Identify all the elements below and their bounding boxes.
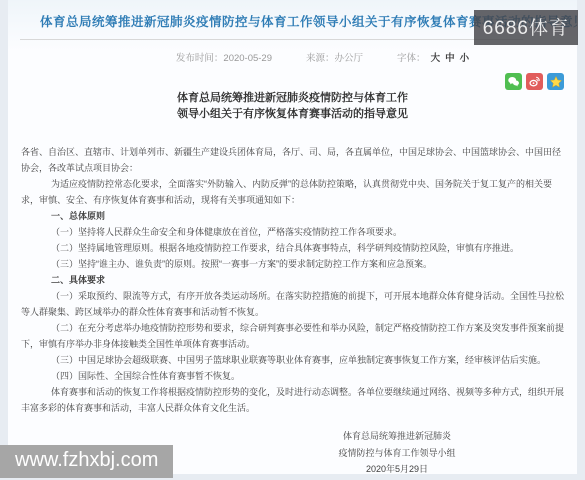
article-meta: 发布时间：2020-05-29 来源：办公厅 字体：大中小 [38, 50, 577, 64]
article-page: 体育总局统筹推进新冠肺炎疫情防控与体育工作领导小组关于有序恢复体育赛事活动的指导… [8, 0, 577, 474]
publish-date: 发布时间：2020-05-29 [176, 50, 272, 64]
font-size-option-小[interactable]: 小 [460, 53, 470, 64]
body-paragraph: （一）采取预约、限流等方式，有序开放各类运动场所。在落实防控措施的前提下，可开展… [21, 288, 564, 320]
body-paragraph: （四）国际性、全国综合性体育赛事暂不恢复。 [21, 368, 564, 384]
section-heading: 二、具体要求 [21, 272, 564, 288]
site-watermark-top-right: 6686体育 [474, 10, 578, 45]
site-watermark-bottom-left: www.fzhxbj.com [0, 445, 173, 478]
document-paragraphs: 各省、自治区、直辖市、计划单列市、新疆生产建设兵团体育局，各厅、司、局，各直属单… [8, 144, 577, 416]
body-paragraph: 各省、自治区、直辖市、计划单列市、新疆生产建设兵团体育局，各厅、司、局，各直属单… [21, 144, 564, 176]
article-body: 体育总局统筹推进新冠肺炎疫情防控与体育工作 领导小组关于有序恢复体育赛事活动的指… [8, 90, 577, 474]
body-paragraph: （三）中国足球协会超级联赛、中国男子篮球职业联赛等职业体育赛事，应单独制定赛事恢… [21, 352, 564, 368]
wechat-share-icon[interactable] [505, 73, 522, 90]
source: 来源：办公厅 [306, 50, 363, 64]
font-size-option-中[interactable]: 中 [445, 53, 455, 64]
body-paragraph: （一）坚持将人民群众生命安全和身体健康放在首位，严格落实疫情防控工作各项要求。 [21, 224, 564, 240]
font-size-options: 大中小 [426, 53, 470, 64]
document-title-line1: 体育总局统筹推进新冠肺炎疫情防控与体育工作 [8, 90, 577, 106]
source-label: 来源： [306, 53, 335, 64]
document-title: 体育总局统筹推进新冠肺炎疫情防控与体育工作 领导小组关于有序恢复体育赛事活动的指… [8, 90, 577, 122]
weibo-share-icon[interactable] [526, 73, 543, 90]
section-heading: 一、总体原则 [21, 208, 564, 224]
source-value: 办公厅 [335, 53, 364, 64]
publish-date-value: 2020-05-29 [223, 53, 272, 64]
publish-date-label: 发布时间： [176, 53, 224, 64]
signature-line: 体育总局统筹推进新冠肺炎 [287, 428, 507, 445]
document-title-line2: 领导小组关于有序恢复体育赛事活动的指导意见 [8, 106, 577, 122]
font-size-control: 字体：大中小 [397, 50, 469, 64]
signature-line: 2020年5月29日 [287, 461, 507, 474]
body-paragraph: 为适应疫情防控常态化要求，全面落实“外防输入、内防反弹”的总体防控策略，认真贯彻… [21, 176, 564, 208]
body-paragraph: （二）在充分考虑举办地疫情防控形势和要求，综合研判赛事必要性和举办风险，制定严格… [21, 320, 564, 352]
share-buttons [505, 73, 564, 90]
font-size-option-大[interactable]: 大 [431, 53, 441, 64]
signature-line: 疫情防控与体育工作领导小组 [287, 445, 507, 462]
body-paragraph: （三）坚持“谁主办、谁负责”的原则。按照“一赛事一方案”的要求制定防控工作方案和… [21, 256, 564, 272]
signature-block: 体育总局统筹推进新冠肺炎疫情防控与体育工作领导小组2020年5月29日 [287, 428, 507, 474]
header-divider [20, 39, 523, 40]
body-paragraph: 体育赛事和活动的恢复工作将根据疫情防控形势的变化，及时进行动态调整。各单位要继续… [21, 384, 564, 416]
body-paragraph: （二）坚持属地管理原则。根据各地疫情防控工作要求，结合具体赛事特点，科学研判疫情… [21, 240, 564, 256]
font-size-label: 字体： [397, 53, 426, 64]
qzone-star-share-icon[interactable] [547, 73, 564, 90]
